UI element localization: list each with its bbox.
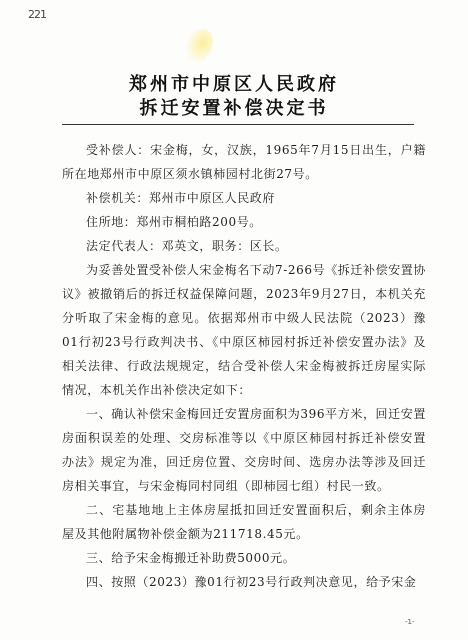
paragraph-recipient: 受补偿人：宋金梅，女，汉族，1965年7月15日出生，户籍所在地郑州市中原区须水… xyxy=(62,138,426,186)
paragraph-legal-representative: 法定代表人：邓英文，职务：区长。 xyxy=(62,234,426,258)
yellow-stain-mark xyxy=(180,24,219,66)
paragraph-address: 住所地：郑州市桐柏路200号。 xyxy=(62,210,426,234)
paragraph-item-3: 三、给予宋金梅搬迁补助费5000元。 xyxy=(62,546,426,570)
document-title-issuer: 郑州市中原区人民政府 xyxy=(0,70,468,96)
title-divider xyxy=(62,124,414,125)
paragraph-item-1: 一、确认补偿宋金梅回迁安置房面积为396平方米，回迁安置房面积误差的处理、交房标… xyxy=(62,402,426,498)
handwritten-note: 221 xyxy=(28,8,46,21)
paragraph-item-2: 二、宅基地地上主体房屋抵扣回迁安置面积后，剩余主体房屋及其他附属物补偿金额为21… xyxy=(62,498,426,546)
document-page: 221 郑州市中原区人民政府 拆迁安置补偿决定书 受补偿人：宋金梅，女，汉族，1… xyxy=(0,0,468,640)
document-title-type: 拆迁安置补偿决定书 xyxy=(0,94,468,120)
document-body: 受补偿人：宋金梅，女，汉族，1965年7月15日出生，户籍所在地郑州市中原区须水… xyxy=(62,138,426,594)
paragraph-item-4: 四、按照（2023）豫01行初23号行政判决意见，给予宋金 xyxy=(62,570,426,594)
paragraph-authority: 补偿机关：郑州市中原区人民政府 xyxy=(62,186,426,210)
page-number: -1- xyxy=(405,618,415,626)
paragraph-basis: 为妥善处置受补偿人宋金梅名下动7-266号《拆迁补偿安置协议》被撤销后的拆迁权益… xyxy=(62,258,426,402)
